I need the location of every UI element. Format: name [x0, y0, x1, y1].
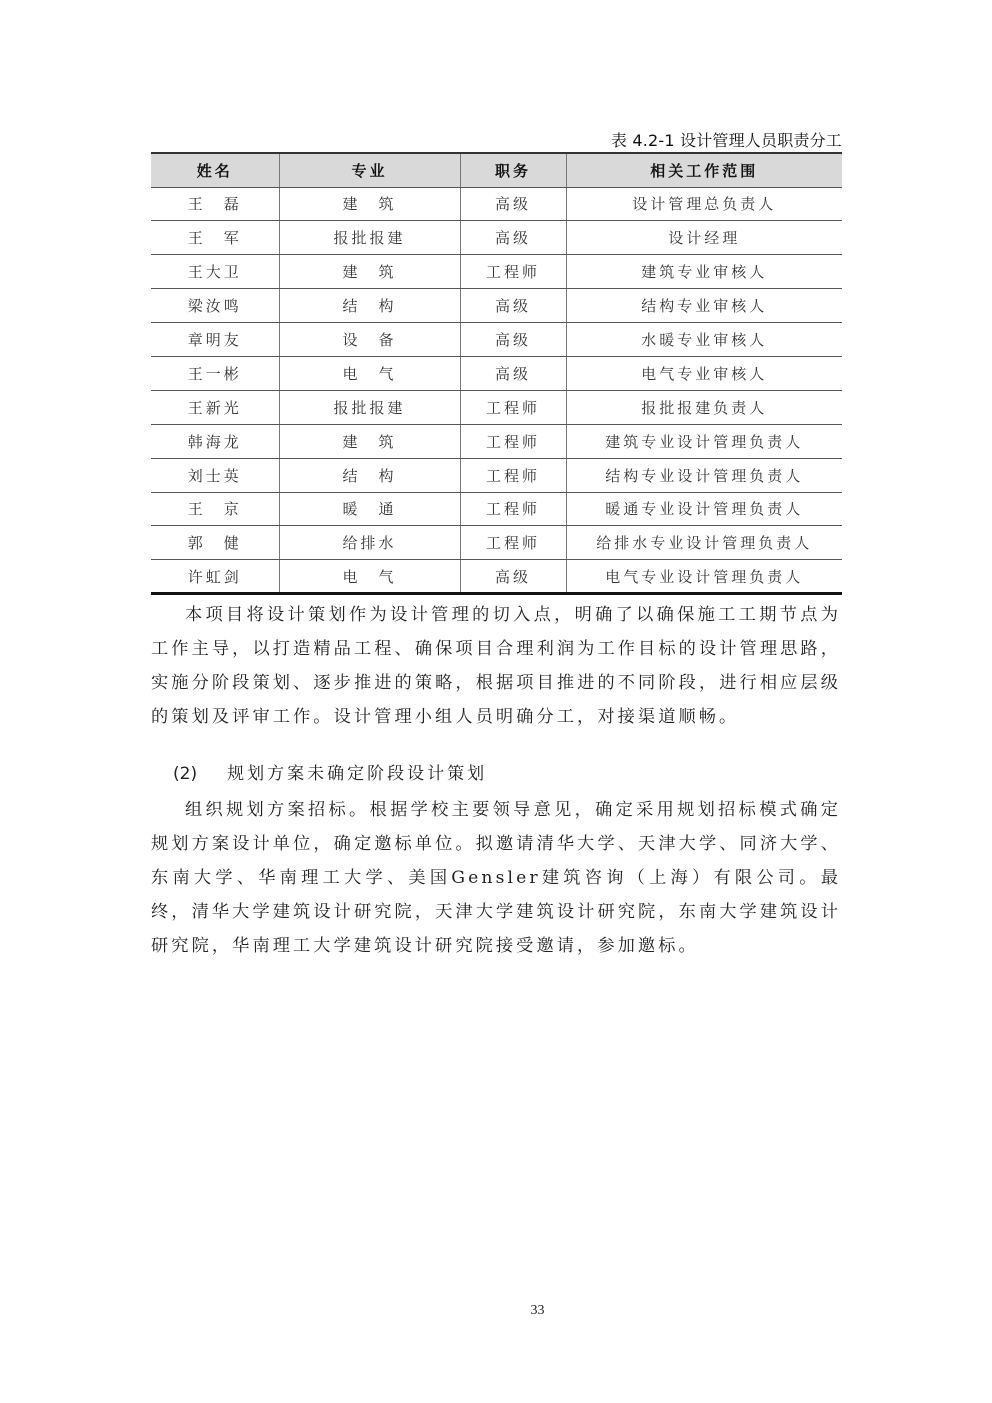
paragraph-1: 本项目将设计策划作为设计管理的切入点，明确了以确保施工工期节点为工作主导，以打造… — [151, 598, 841, 734]
table-row: 王 军报批报建高级设计经理 — [151, 221, 842, 255]
cell-specialty: 电 气 — [279, 560, 460, 594]
cell-specialty: 报批报建 — [279, 390, 460, 424]
table-row: 郭 健给排水工程师给排水专业设计管理负责人 — [151, 526, 842, 560]
cell-specialty: 电 气 — [279, 356, 460, 390]
table-row: 王新光报批报建工程师报批报建负责人 — [151, 390, 842, 424]
cell-scope: 暖通专业设计管理负责人 — [566, 492, 842, 526]
cell-name: 梁汝鸣 — [151, 289, 279, 323]
cell-position: 工程师 — [460, 492, 566, 526]
cell-specialty: 报批报建 — [279, 221, 460, 255]
cell-specialty: 给排水 — [279, 526, 460, 560]
cell-position: 高级 — [460, 356, 566, 390]
cell-name: 许虹剑 — [151, 560, 279, 594]
cell-scope: 建筑专业审核人 — [566, 255, 842, 289]
cell-scope: 建筑专业设计管理负责人 — [566, 424, 842, 458]
cell-name: 郭 健 — [151, 526, 279, 560]
cell-scope: 给排水专业设计管理负责人 — [566, 526, 842, 560]
subheading-text: 规划方案未确定阶段设计策划 — [227, 764, 487, 784]
cell-name: 王一彬 — [151, 356, 279, 390]
cell-name: 章明友 — [151, 323, 279, 357]
cell-position: 工程师 — [460, 424, 566, 458]
cell-name: 王 军 — [151, 221, 279, 255]
table-row: 王 磊建 筑高级设计管理总负责人 — [151, 187, 842, 221]
cell-specialty: 建 筑 — [279, 255, 460, 289]
table-row: 许虹剑电 气高级电气专业设计管理负责人 — [151, 560, 842, 594]
cell-name: 刘士英 — [151, 458, 279, 492]
table-header-row: 姓名 专业 职务 相关工作范围 — [151, 153, 842, 187]
table-caption: 表 4.2-1 设计管理人员职责分工 — [611, 128, 842, 151]
duty-table: 姓名 专业 职务 相关工作范围 王 磊建 筑高级设计管理总负责人王 军报批报建高… — [151, 152, 842, 595]
cell-position: 高级 — [460, 560, 566, 594]
header-name: 姓名 — [151, 153, 279, 187]
cell-position: 工程师 — [460, 526, 566, 560]
paragraph-2: 组织规划方案招标。根据学校主要领导意见，确定采用规划招标模式确定规划方案设计单位… — [151, 793, 841, 963]
cell-position: 高级 — [460, 187, 566, 221]
cell-position: 工程师 — [460, 390, 566, 424]
cell-specialty: 暖 通 — [279, 492, 460, 526]
cell-scope: 电气专业审核人 — [566, 356, 842, 390]
cell-name: 王 磊 — [151, 187, 279, 221]
cell-specialty: 建 筑 — [279, 187, 460, 221]
cell-position: 高级 — [460, 221, 566, 255]
table-row: 王 京暖 通工程师暖通专业设计管理负责人 — [151, 492, 842, 526]
cell-name: 王大卫 — [151, 255, 279, 289]
table-row: 梁汝鸣结 构高级结构专业审核人 — [151, 289, 842, 323]
table-row: 章明友设 备高级水暖专业审核人 — [151, 323, 842, 357]
header-position: 职务 — [460, 153, 566, 187]
subheading: (2)规划方案未确定阶段设计策划 — [173, 757, 487, 791]
cell-scope: 水暖专业审核人 — [566, 323, 842, 357]
cell-scope: 设计管理总负责人 — [566, 187, 842, 221]
cell-name: 韩海龙 — [151, 424, 279, 458]
cell-name: 王 京 — [151, 492, 279, 526]
cell-specialty: 结 构 — [279, 458, 460, 492]
page-number: 33 — [0, 1303, 992, 1319]
table-row: 韩海龙建 筑工程师建筑专业设计管理负责人 — [151, 424, 842, 458]
cell-position: 高级 — [460, 323, 566, 357]
header-specialty: 专业 — [279, 153, 460, 187]
cell-specialty: 结 构 — [279, 289, 460, 323]
table-row: 刘士英结 构工程师结构专业设计管理负责人 — [151, 458, 842, 492]
cell-scope: 设计经理 — [566, 221, 842, 255]
cell-position: 高级 — [460, 289, 566, 323]
table-row: 王一彬电 气高级电气专业审核人 — [151, 356, 842, 390]
cell-specialty: 设 备 — [279, 323, 460, 357]
cell-scope: 结构专业审核人 — [566, 289, 842, 323]
cell-scope: 结构专业设计管理负责人 — [566, 458, 842, 492]
cell-name: 王新光 — [151, 390, 279, 424]
header-scope: 相关工作范围 — [566, 153, 842, 187]
cell-scope: 报批报建负责人 — [566, 390, 842, 424]
table-row: 王大卫建 筑工程师建筑专业审核人 — [151, 255, 842, 289]
subheading-number: (2) — [173, 764, 197, 784]
cell-specialty: 建 筑 — [279, 424, 460, 458]
cell-position: 工程师 — [460, 458, 566, 492]
cell-position: 工程师 — [460, 255, 566, 289]
cell-scope: 电气专业设计管理负责人 — [566, 560, 842, 594]
